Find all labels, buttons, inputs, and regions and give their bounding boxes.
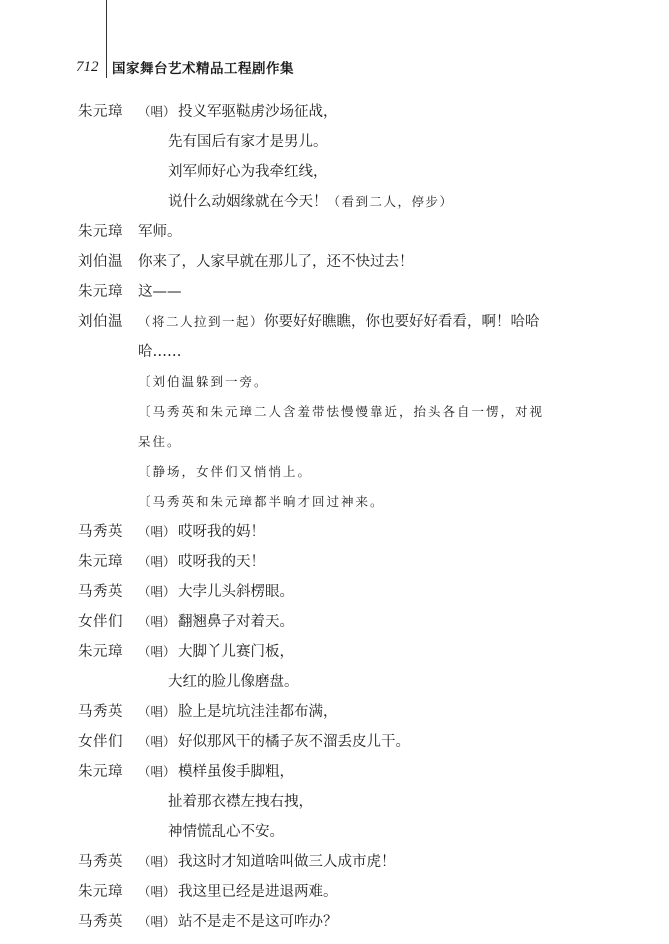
speaker-name: 马秀英: [78, 577, 138, 607]
sing-mark: （唱）: [138, 877, 178, 907]
script-line-sung: 马秀英 （唱） 我这时才知道啥叫做三人成市虎！: [78, 847, 598, 877]
book-title: 国家舞台艺术精品工程剧作集: [112, 57, 294, 77]
line-text: 你来了，人家早就在那儿了，还不快过去！: [138, 247, 598, 277]
script-line-sung: 马秀英 （唱） 站不是走不是这可咋办？: [78, 907, 598, 937]
speaker-name: 马秀英: [78, 907, 138, 937]
stage-direction: 呆住。: [78, 427, 598, 457]
stage-direction: 〔马秀英和朱元璋二人含羞带怯慢慢靠近，抬头各自一愣，对视: [78, 397, 598, 427]
sing-mark: （唱）: [138, 547, 178, 577]
line-text: 大脚丫儿赛门板，: [178, 637, 598, 667]
script-line-continuation: 刘军师好心为我牵红线，: [78, 157, 598, 187]
speaker-name: 女伴们: [78, 607, 138, 637]
script-line-continuation: 扯着那衣襟左拽右拽，: [78, 787, 598, 817]
sing-mark: （唱）: [138, 757, 178, 787]
line-text: 哈……: [138, 337, 598, 367]
speaker-name: 女伴们: [78, 727, 138, 757]
script-line-sung: 朱元璋 （唱） 哎呀我的天！: [78, 547, 598, 577]
script-line-sung: 马秀英 （唱） 大孛儿头斜楞眼。: [78, 577, 598, 607]
script-line-spoken: 刘伯温 你来了，人家早就在那儿了，还不快过去！: [78, 247, 598, 277]
speaker-name: 朱元璋: [78, 877, 138, 907]
script-line-sung: 朱元璋 （唱） 我这里已经是进退两难。: [78, 877, 598, 907]
line-text: 好似那风干的橘子灰不溜丢皮儿干。: [178, 727, 598, 757]
script-line-continuation: 先有国后有家才是男儿。: [78, 127, 598, 157]
script-line-sung: 马秀英 （唱） 哎呀我的妈！: [78, 517, 598, 547]
sing-mark: （唱）: [138, 517, 178, 547]
script-line-sung: 朱元璋 （唱） 模样虽俊手脚粗，: [78, 757, 598, 787]
line-text: 扯着那衣襟左拽右拽，: [168, 787, 598, 817]
line-text: 站不是走不是这可咋办？: [178, 907, 598, 937]
speaker-name: 马秀英: [78, 697, 138, 727]
running-header: 712 国家舞台艺术精品工程剧作集: [76, 56, 294, 78]
stage-direction-inline: （看到二人，停步）: [328, 194, 454, 209]
script-line-continuation: 大红的脸儿像磨盘。: [78, 667, 598, 697]
line-text: 说什么动姻缘就在今天！: [168, 194, 328, 210]
line-text: 我这里已经是进退两难。: [178, 877, 598, 907]
sing-mark: （唱）: [138, 847, 178, 877]
speaker-name: 刘伯温: [78, 247, 138, 277]
line-text: 脸上是坑坑洼洼都布满，: [178, 697, 598, 727]
speaker-name: 朱元璋: [78, 217, 138, 247]
page-number: 712: [76, 59, 102, 76]
speaker-name: 刘伯温: [78, 307, 138, 337]
line-text: 翻翘鼻子对着天。: [178, 607, 598, 637]
line-text-wrap: （将二人拉到一起）你要好好瞧瞧，你也要好好看看，啊！哈哈: [138, 307, 598, 337]
script-line-sung: 女伴们 （唱） 翻翘鼻子对着天。: [78, 607, 598, 637]
stage-direction: 〔马秀英和朱元璋都半晌才回过神来。: [78, 487, 598, 517]
speaker-name: 朱元璋: [78, 547, 138, 577]
sing-mark: （唱）: [138, 577, 178, 607]
script-line-continuation: 哈……: [78, 337, 598, 367]
script-body: 朱元璋 （唱） 投义军驱鞑虏沙场征战， 先有国后有家才是男儿。 刘军师好心为我牵…: [78, 97, 598, 937]
sing-mark: （唱）: [138, 697, 178, 727]
script-line-sung: 朱元璋 （唱） 大脚丫儿赛门板，: [78, 637, 598, 667]
script-line-continuation: 说什么动姻缘就在今天！（看到二人，停步）: [78, 187, 598, 217]
line-text: 神情慌乱心不安。: [168, 817, 598, 847]
stage-direction: 〔静场，女伴们又悄悄上。: [78, 457, 598, 487]
line-text: 我这时才知道啥叫做三人成市虎！: [178, 847, 598, 877]
stage-direction-text: 〔马秀英和朱元璋二人含羞带怯慢慢靠近，抬头各自一愣，对视: [138, 397, 598, 427]
line-text: 哎呀我的天！: [178, 547, 598, 577]
stage-direction-text: 〔刘伯温躲到一旁。: [138, 367, 598, 397]
line-text: 刘军师好心为我牵红线，: [168, 157, 598, 187]
script-line-spoken: 朱元璋 这——: [78, 277, 598, 307]
speaker-name: 朱元璋: [78, 277, 138, 307]
script-line-continuation: 神情慌乱心不安。: [78, 817, 598, 847]
line-text: 军师。: [138, 217, 598, 247]
script-line-spoken: 刘伯温 （将二人拉到一起）你要好好瞧瞧，你也要好好看看，啊！哈哈: [78, 307, 598, 337]
script-line-sung: 朱元璋 （唱） 投义军驱鞑虏沙场征战，: [78, 97, 598, 127]
script-line-spoken: 朱元璋 军师。: [78, 217, 598, 247]
sing-mark: （唱）: [138, 907, 178, 937]
speaker-name: 朱元璋: [78, 637, 138, 667]
script-line-sung: 女伴们 （唱） 好似那风干的橘子灰不溜丢皮儿干。: [78, 727, 598, 757]
script-line-sung: 马秀英 （唱） 脸上是坑坑洼洼都布满，: [78, 697, 598, 727]
speaker-name: 马秀英: [78, 847, 138, 877]
sing-mark: （唱）: [138, 97, 178, 127]
speaker-name: 朱元璋: [78, 97, 138, 127]
stage-direction-inline: （将二人拉到一起）: [138, 314, 264, 329]
line-text: 大孛儿头斜楞眼。: [178, 577, 598, 607]
line-text: 这——: [138, 277, 598, 307]
line-text-wrap: 说什么动姻缘就在今天！（看到二人，停步）: [168, 187, 598, 217]
sing-mark: （唱）: [138, 727, 178, 757]
line-text: 先有国后有家才是男儿。: [168, 127, 598, 157]
stage-direction-text: 〔马秀英和朱元璋都半晌才回过神来。: [138, 487, 598, 517]
line-text: 大红的脸儿像磨盘。: [168, 667, 598, 697]
stage-direction: 〔刘伯温躲到一旁。: [78, 367, 598, 397]
stage-direction-text: 呆住。: [138, 427, 598, 457]
speaker-name: 马秀英: [78, 517, 138, 547]
speaker-name: 朱元璋: [78, 757, 138, 787]
line-text: 你要好好瞧瞧，你也要好好看看，啊！哈哈: [264, 314, 540, 330]
stage-direction-text: 〔静场，女伴们又悄悄上。: [138, 457, 598, 487]
line-text: 模样虽俊手脚粗，: [178, 757, 598, 787]
sing-mark: （唱）: [138, 607, 178, 637]
line-text: 哎呀我的妈！: [178, 517, 598, 547]
line-text: 投义军驱鞑虏沙场征战，: [178, 97, 598, 127]
sing-mark: （唱）: [138, 637, 178, 667]
